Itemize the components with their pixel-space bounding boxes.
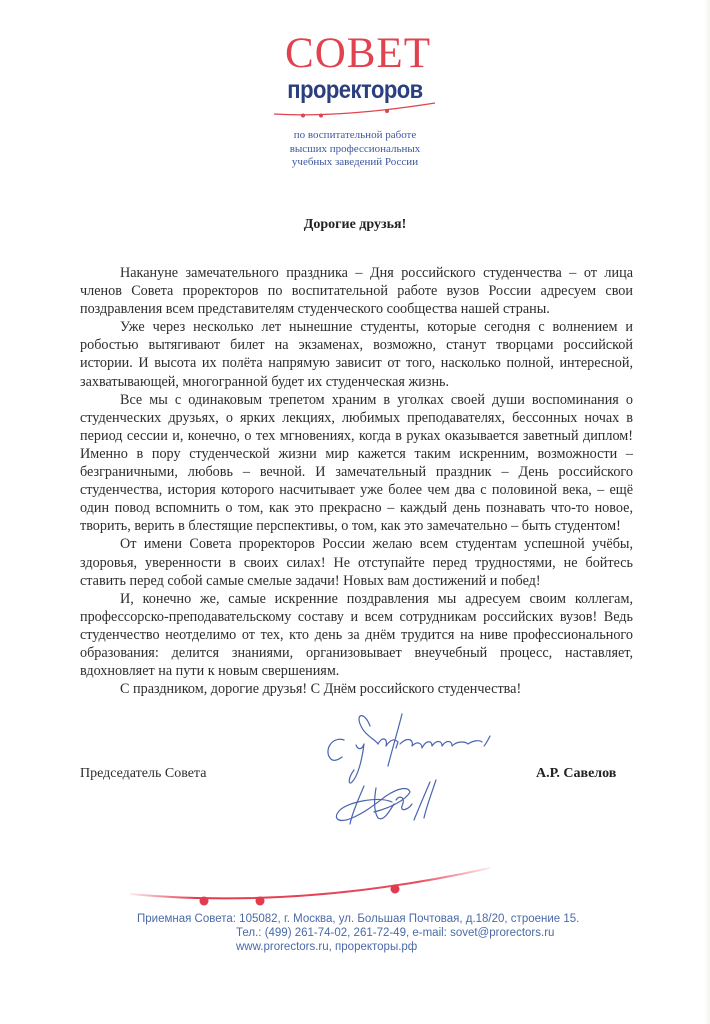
tagline-line: по воспитательной работе xyxy=(270,129,440,143)
paragraph: Уже через несколько лет нынешние студент… xyxy=(80,318,633,390)
signer-title: Председатель Совета xyxy=(80,766,206,782)
handwritten-signature-icon xyxy=(318,700,518,840)
paragraph: С праздником, дорогие друзья! С Днём рос… xyxy=(80,680,633,698)
footer-arc-icon xyxy=(0,850,710,910)
paragraph: От имени Совета проректоров России желаю… xyxy=(80,535,633,589)
footer-address: Приемная Совета: 105082, г. Москва, ул. … xyxy=(137,912,579,926)
footer-phone-email[interactable]: Тел.: (499) 261-74-02, 261-72-49, e-mail… xyxy=(236,926,554,940)
signer-name: А.Р. Савелов xyxy=(536,766,616,782)
paragraph: Все мы с одинаковым трепетом храним в уг… xyxy=(80,391,633,536)
paragraph: Накануне замечательного праздника – Дня … xyxy=(80,264,633,318)
tagline-line: учебных заведений России xyxy=(270,156,440,170)
footer-websites[interactable]: www.prorectors.ru, проректоры.рф xyxy=(236,940,417,954)
letterhead-logo: СОВЕТ проректоров по воспитательной рабо… xyxy=(0,0,710,180)
logo-title: СОВЕТ xyxy=(278,32,438,76)
tagline-line: высших профессиональных xyxy=(270,143,440,157)
letter-greeting: Дорогие друзья! xyxy=(0,217,710,233)
letter-body: Накануне замечательного праздника – Дня … xyxy=(80,264,633,698)
logo-arc-icon xyxy=(270,100,440,120)
paragraph: И, конечно же, самые искренние поздравле… xyxy=(80,590,633,680)
logo-tagline: по воспитательной работе высших професси… xyxy=(270,129,440,170)
